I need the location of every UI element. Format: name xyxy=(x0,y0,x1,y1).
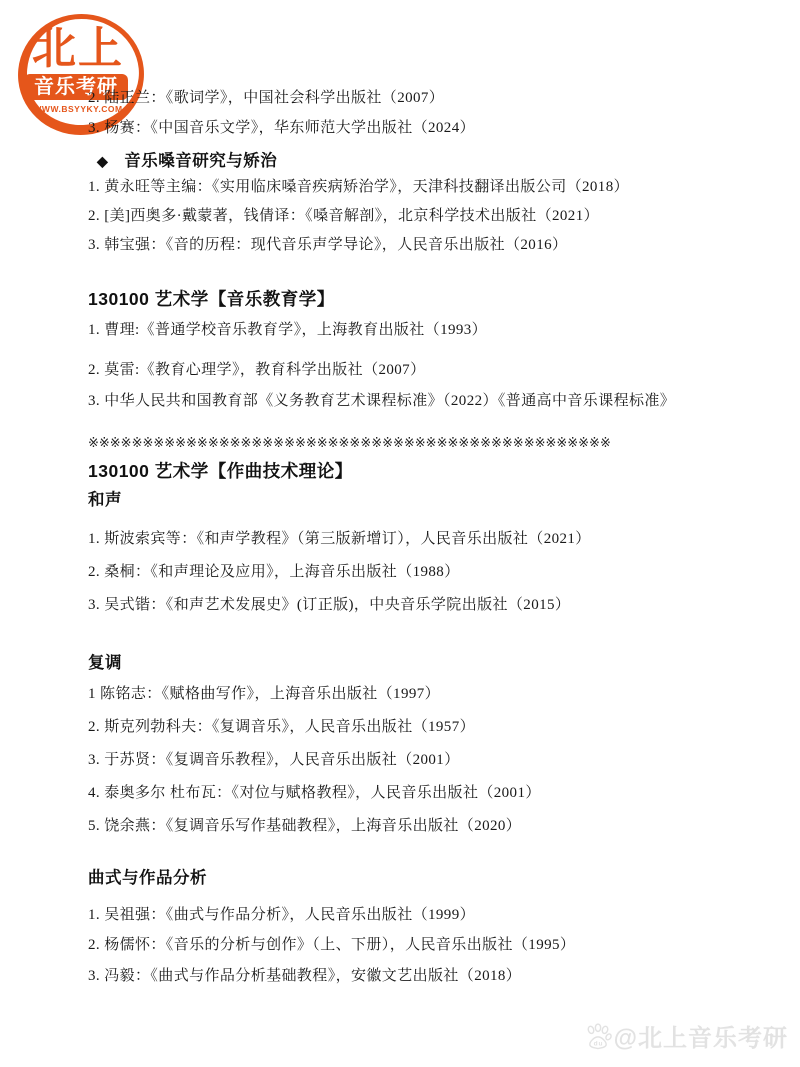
subsection-heading-harmony: 和声 xyxy=(88,486,122,510)
book-item: 3. 于苏贤：《复调音乐教程》，人民音乐出版社（2001） xyxy=(88,750,460,770)
section-heading-voice: ◆音乐嗓音研究与矫治 xyxy=(97,147,277,171)
book-item: 2. [美]西奥多·戴蒙著，钱倩译：《嗓音解剖》，北京科学技术出版社（2021） xyxy=(88,206,599,226)
book-item: 4. 泰奥多尔 杜布瓦：《对位与赋格教程》，人民音乐出版社（2001） xyxy=(88,783,541,803)
book-item: 3. 杨赛：《中国音乐文学》，华东师范大学出版社（2024） xyxy=(88,118,475,138)
reading-list-page: 北上 音乐考研 WWW.BSYYKY.COM 2. 陆正兰：《歌词学》，中国社会… xyxy=(0,0,800,1067)
book-item: 1. 斯波索宾等：《和声学教程》（第三版新增订），人民音乐出版社（2021） xyxy=(88,529,591,549)
book-item: 2. 莫雷:《教育心理学》，教育科学出版社（2007） xyxy=(88,360,425,380)
subsection-heading-form-analysis: 曲式与作品分析 xyxy=(88,864,207,888)
book-item: 3. 中华人民共和国教育部《义务教育艺术课程标准》（2022）《普通高中音乐课程… xyxy=(88,391,675,411)
book-item: 2. 桑桐：《和声理论及应用》，上海音乐出版社（1988） xyxy=(88,562,460,582)
section-heading-text: 音乐嗓音研究与矫治 xyxy=(124,151,277,170)
section-heading-music-education: 130100 艺术学【音乐教育学】 xyxy=(88,286,335,311)
book-item: 3. 吴式锴：《和声艺术发展史》(订正版)，中央音乐学院出版社（2015） xyxy=(88,595,570,615)
book-item: 2. 杨儒怀：《音乐的分析与创作》（上、下册），人民音乐出版社（1995） xyxy=(88,935,575,955)
subsection-heading-polyphony: 复调 xyxy=(88,649,122,673)
section-heading-composition: 130100 艺术学【作曲技术理论】 xyxy=(88,458,353,483)
diamond-icon: ◆ xyxy=(97,155,108,170)
book-item: 3. 韩宝强：《音的历程：现代音乐声学导论》，人民音乐出版社（2016） xyxy=(88,235,567,255)
book-item: 2. 斯克列勃科夫：《复调音乐》，人民音乐出版社（1957） xyxy=(88,717,475,737)
section-divider: ※※※※※※※※※※※※※※※※※※※※※※※※※※※※※※※※※※※※※※※※… xyxy=(88,436,611,451)
book-item: 1. 曹理:《普通学校音乐教育学》，上海教育出版社（1993） xyxy=(88,320,487,340)
book-item: 1 陈铭志：《赋格曲写作》，上海音乐出版社（1997） xyxy=(88,684,440,704)
book-item: 2. 陆正兰：《歌词学》，中国社会科学出版社（2007） xyxy=(88,88,444,108)
book-item: 1. 黄永旺等主编：《实用临床嗓音疾病矫治学》，天津科技翻译出版公司（2018） xyxy=(88,177,629,197)
book-item: 1. 吴祖强：《曲式与作品分析》，人民音乐出版社（1999） xyxy=(88,905,475,925)
book-item: 3. 冯毅：《曲式与作品分析基础教程》，安徽文艺出版社（2018） xyxy=(88,966,521,986)
document-body: 2. 陆正兰：《歌词学》，中国社会科学出版社（2007） 3. 杨赛：《中国音乐… xyxy=(0,0,800,1067)
book-item: 5. 饶余燕：《复调音乐写作基础教程》，上海音乐出版社（2020） xyxy=(88,816,521,836)
